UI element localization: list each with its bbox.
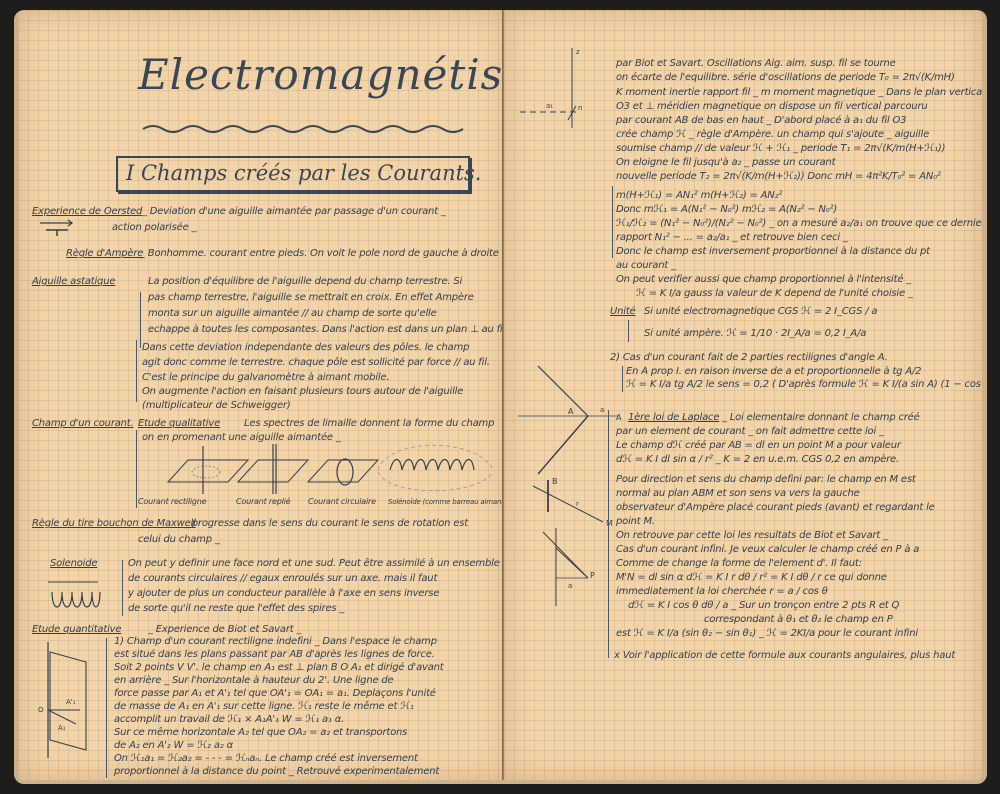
laplace-line-12: M'N = dl sin α dℋ = K I r dθ / r² = K I … [616, 572, 887, 584]
quant-line-2: est situé dans les plans passant par AB … [114, 649, 435, 661]
section-heading-maxwell: Règle du tire bouchon de Maxwell [32, 518, 196, 530]
svg-text:A₁: A₁ [58, 724, 66, 732]
laplace-line-13: immediatement la loi cherchée r = a / co… [616, 586, 828, 598]
angle-case-line-3: ℋ = K I/a tg A/2 le sens = 0,2 ( D'après… [626, 379, 987, 391]
quant-line-10: On ℋ₁a₁ = ℋ₂a₂ = - - - = ℋₙaₙ. Le champ … [114, 753, 418, 765]
quant-line-11: proportionnel à la distance du point _ R… [114, 766, 439, 778]
laplace-line-16: est ℋ = K I/a (sin θ₂ − sin θ₁) _ ℋ = 2K… [616, 628, 918, 640]
right-line-9: nouvelle periode T₂ = 2π√(K/m(H+ℋ₂)) Don… [616, 171, 941, 183]
right-line-2: on écarte de l'equilibre. série d'oscill… [616, 72, 955, 84]
right-page: z a₁ n par Biot et Savart. Oscillations … [504, 10, 987, 784]
solenoide-line-1: On peut y definir une face nord et une s… [128, 558, 500, 570]
caption-courant-rectiligne: Courant rectiligne [138, 496, 206, 508]
units-line-1: Si unité electromagnetique CGS ℋ = 2 I_C… [644, 306, 877, 318]
solenoid-coil-icon [48, 580, 108, 610]
section-heading-laplace: 1ère loi de Laplace [628, 412, 719, 424]
astatique-line-6: agit donc comme le terrestre. chaque pôl… [142, 357, 490, 369]
margin-bracket [140, 292, 141, 348]
astatique-line-1: La position d'équilibre de l'aiguille de… [148, 276, 462, 288]
right-line-12: ℋ₁/ℋ₂ = (N₁² − N₀²)/(N₂² − N₀²) _ on a m… [616, 218, 985, 230]
section-heading-champ-courant: Champ d'un courant. [32, 418, 134, 430]
svg-text:z: z [576, 48, 580, 56]
laplace-line-15: correspondant à θ₁ et θ₂ le champ en P [704, 614, 893, 626]
champ-line-1: Les spectres de limaille donnent la form… [244, 418, 494, 430]
quant-line-1: 1) Champ d'un courant rectiligne indefin… [114, 636, 437, 648]
laplace-footnote: x Voir l'application de cette formule au… [614, 650, 955, 662]
units-line-2: Si unité ampère. ℋ = 1/10 · 2I_A/a = 0,2… [644, 328, 866, 340]
right-line-11: Donc mℋ₁ = A(N₁² − N₀²) mℋ₂ = A(N₂² − N₀… [616, 204, 837, 216]
astatique-line-3: monta sur un aiguille aimantée // au cha… [148, 308, 437, 320]
margin-bracket [612, 186, 613, 258]
maxwell-line-2: celui du champ _ [138, 534, 220, 546]
svg-text:A'₁: A'₁ [66, 698, 76, 706]
laplace-line-14: dℋ = K I cos θ dθ / a _ Sur un tronçon e… [628, 600, 899, 612]
open-notebook: Electromagnétisme I Champs créés par les… [8, 6, 992, 784]
svg-text:A: A [616, 413, 622, 422]
angle-case-line-1: 2) Cas d'un courant fait de 2 parties re… [610, 352, 888, 364]
right-line-5: par courant AB de bas en haut _ D'abord … [616, 115, 906, 127]
oscillation-axis-diagram: z a₁ n [520, 48, 600, 138]
current-field-sketches [148, 442, 508, 502]
svg-text:r: r [576, 500, 579, 508]
section-heading-etude-quantitative: Etude quantitative [32, 624, 121, 636]
chapter-heading-box: I Champs créés par les Courants. [116, 156, 470, 192]
astatique-line-5: Dans cette deviation independante des va… [142, 342, 469, 354]
caption-solenoide: Solénoïde (comme barreau aimanté) [388, 496, 508, 508]
solenoide-line-2: de courants circulaires // egaux enroulé… [128, 573, 437, 585]
margin-bracket [136, 340, 137, 402]
left-page: Electromagnétisme I Champs créés par les… [14, 10, 508, 784]
caption-courant-replie: Courant replié [236, 496, 290, 508]
biot-savart-diagram: A'₁ A₁ O [36, 640, 106, 760]
margin-bracket [628, 320, 629, 342]
oersted-line-1: _ Deviation d'une aiguille aimantée par … [142, 206, 446, 218]
laplace-line-4: dℋ = K I dl sin α / r² _ K = 2 en u.e.m.… [616, 454, 899, 466]
angle-case-line-2: En A prop I. en raison inverse de a et p… [626, 366, 921, 378]
solenoide-line-4: de sorte qu'il ne reste que l'effet des … [128, 603, 344, 615]
laplace-line-2: par un element de courant _ on fait adme… [616, 426, 884, 438]
laplace-line-7: observateur d'Ampère placé courant pieds… [616, 502, 935, 514]
quant-line-5: force passe par A₁ et A'₁ tel que OA'₁ =… [114, 688, 436, 700]
svg-text:a: a [600, 406, 604, 414]
right-line-10: m(H+ℋ₁) = AN₁² m(H+ℋ₂) = AN₂² [616, 190, 782, 202]
quant-line-8: Sur ce même horizontale A₂ tel que OA₂ =… [114, 727, 407, 739]
laplace-line-1: _ Loi elementaire donnant le champ créé [722, 412, 920, 424]
right-line-4: O3 et ⊥ méridien magnetique on dispose u… [616, 101, 928, 113]
quant-line-3: Soit 2 points V V'. le champ en A₁ est ⊥… [114, 662, 444, 674]
svg-text:n: n [578, 104, 582, 112]
astatique-line-8: On augmente l'action en faisant plusieur… [142, 386, 463, 398]
section-heading-unite: Unité [610, 306, 636, 318]
chapter-heading: I Champs créés par les Courants. [118, 158, 468, 188]
svg-text:a₁: a₁ [546, 102, 553, 110]
oersted-arrow-icon [38, 220, 78, 240]
svg-text:a: a [568, 582, 572, 590]
laplace-line-10: Cas d'un courant infini. Je veux calcule… [616, 544, 919, 556]
right-line-14: Donc le champ est inversement proportion… [616, 246, 930, 258]
margin-bracket [122, 560, 123, 616]
laplace-line-3: Le champ dℋ créé par AB = dl en un point… [616, 440, 901, 452]
margin-line-vertical [608, 410, 609, 658]
right-line-1: par Biot et Savart. Oscillations Aig. ai… [616, 58, 896, 70]
caption-courant-circulaire: Courant circulaire [308, 496, 376, 508]
page-title: Electromagnétisme [138, 50, 508, 99]
laplace-line-8: point M. [616, 516, 655, 528]
section-heading-oersted: Experience de Oersted [32, 206, 142, 218]
quant-line-9: de A₂ en A'₂ W = ℋ₂ a₂ α [114, 740, 233, 752]
section-heading-aiguille-astatique: Aiguille astatique [32, 276, 115, 288]
margin-line-vertical [106, 638, 107, 778]
quant-line-7: accomplit un travail de ℋ₁ × A₁A'₁ W = ℋ… [114, 714, 344, 726]
astatique-line-9: (multiplicateur de Schweigger) [142, 400, 291, 412]
subheading-biot-savart: _ Experience de Biot et Savart _ [148, 624, 301, 636]
quant-line-6: de masse de A₁ en A'₁ sur cette ligne. ℋ… [114, 701, 414, 713]
right-line-8: On eloigne le fil jusqu'à a₂ _ passe un … [616, 157, 835, 169]
right-line-16: On peut verifier aussi que champ proport… [616, 274, 911, 286]
section-heading-solenoide: Solenoide [50, 558, 97, 570]
section-heading-ampere: Règle d'Ampère [66, 248, 143, 260]
laplace-line-11: Comme de change la forme de l'element d'… [616, 558, 862, 570]
right-line-15: au courant _ [616, 260, 676, 272]
solenoide-line-3: y ajouter de plus un conducteur parallèl… [128, 588, 439, 600]
svg-text:O: O [38, 706, 44, 714]
right-line-13: rapport N₁² − ... = a₂/a₁ _ et retrouve … [616, 232, 848, 244]
laplace-geometry-diagrams: A A a B r M P a [518, 356, 628, 616]
margin-bracket [136, 430, 137, 508]
svg-text:P: P [590, 571, 595, 580]
astatique-line-4: echappe à toutes les composantes. Dans l… [148, 324, 508, 336]
right-line-3: K moment inertie rapport fil _ m moment … [616, 87, 987, 99]
svg-text:A: A [568, 407, 574, 416]
oersted-line-2: action polarisée _ [112, 222, 196, 234]
astatique-line-7: C'est le principe du galvanomètre à aima… [142, 372, 389, 384]
quant-line-4: en arrière _ Sur l'horizontale à hauteur… [114, 675, 394, 687]
right-line-7: soumise champ // de valeur ℋ + ℋ₁ _ peri… [616, 143, 945, 155]
svg-text:B: B [552, 477, 558, 486]
astatique-line-2: pas champ terrestre, l'aiguille se mettr… [148, 292, 474, 304]
right-line-17: ℋ = K I/a gauss la valeur de K depend de… [636, 288, 913, 300]
laplace-line-5: Pour direction et sens du champ defini p… [616, 474, 916, 486]
maxwell-line-1: _ progresse dans le sens du courant le s… [184, 518, 468, 530]
wavy-underline-decoration [143, 123, 473, 135]
right-line-6: crée champ ℋ _ règle d'Ampère. un champ … [616, 129, 929, 141]
laplace-line-9: On retrouve par cette loi les resultats … [616, 530, 888, 542]
subheading-etude-qualitative: Etude qualitative [138, 418, 220, 430]
ampere-line-1: _ Bonhomme. courant entre pieds. On voit… [140, 248, 506, 260]
laplace-line-6: normal au plan ABM et son sens va vers l… [616, 488, 860, 500]
